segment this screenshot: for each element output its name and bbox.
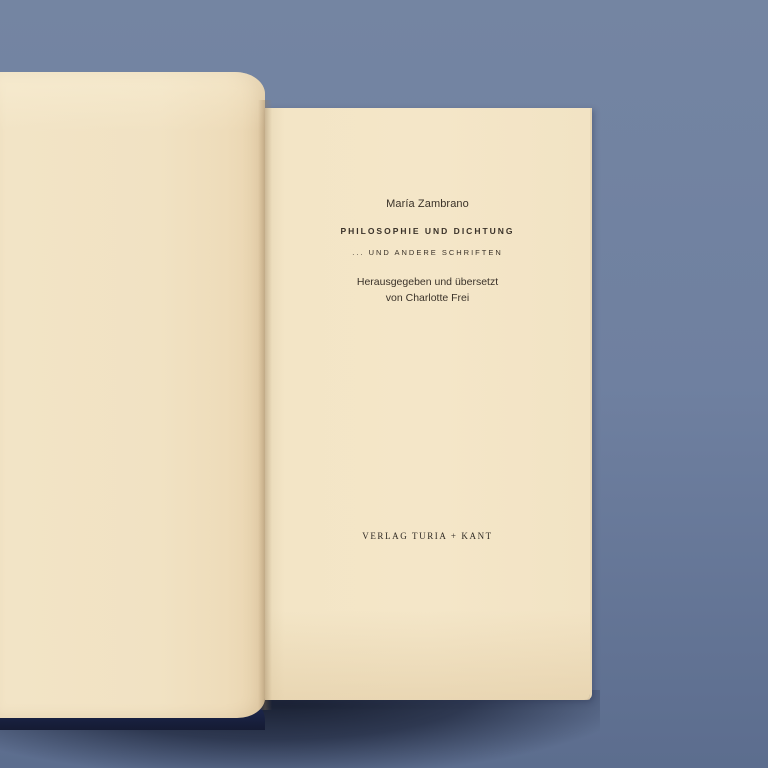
book-subtitle: ... UND ANDERE SCHRIFTEN [265,248,590,257]
editor-line-2: von Charlotte Frei [265,292,590,304]
book-gutter [258,100,272,710]
book-title: PHILOSOPHIE UND DICHTUNG [265,226,590,236]
publisher-name: VERLAG TURIA + KANT [265,531,590,541]
author-name: María Zambrano [265,198,590,210]
photo-scene: María Zambrano PHILOSOPHIE UND DICHTUNG … [0,0,768,768]
left-page [0,72,265,718]
right-page-title [265,108,590,700]
editor-line-1: Herausgegeben und übersetzt [265,276,590,288]
